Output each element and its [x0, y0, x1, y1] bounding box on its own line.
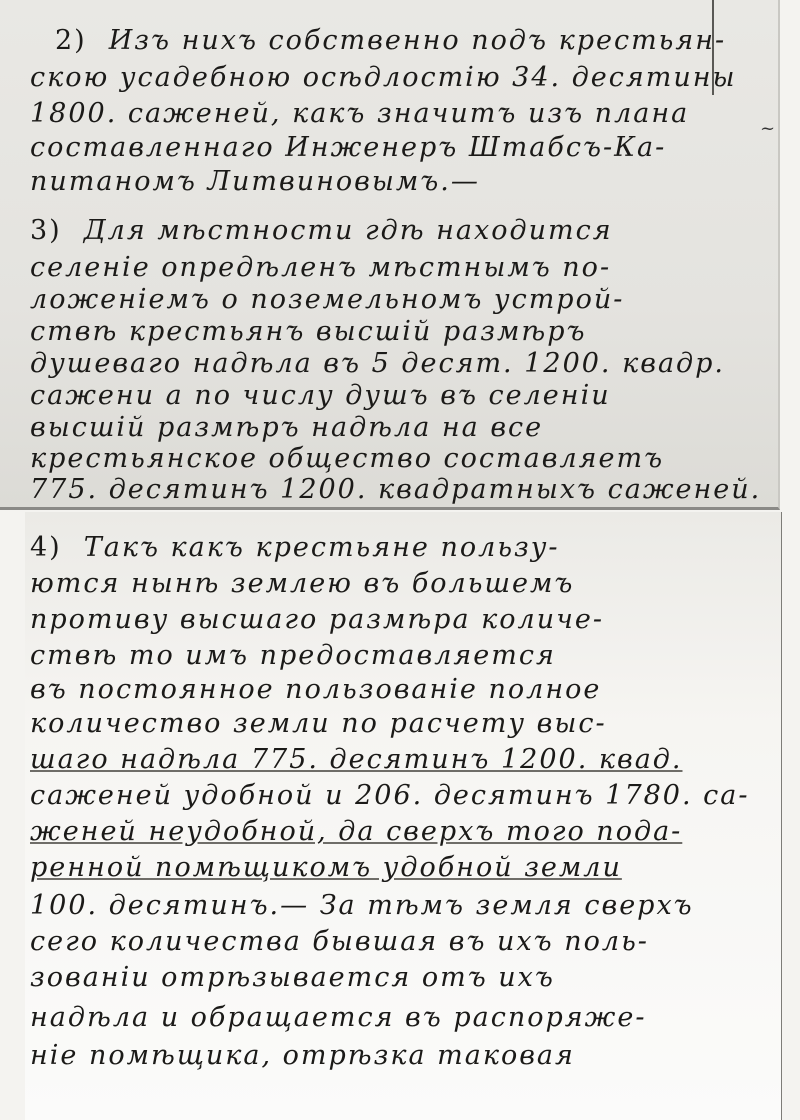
upper-paper-sheet: 2)Изъ нихъ собственно подъ крестьян- ско…	[0, 0, 780, 510]
margin-mark: ~	[760, 118, 775, 139]
section-4-line-1: 4)Такъ какъ крестьяне пользу-	[30, 532, 560, 563]
section-4-line-4: ствѣ то имъ предоставляется	[30, 640, 556, 671]
section-3-line-7: высшій размѣръ надѣла на все	[30, 412, 543, 443]
section-2-line-2: скою усадебною осѣдлостію 34. десятины	[30, 62, 737, 93]
section-2-line-3: 1800. саженей, какъ значитъ изъ плана	[30, 98, 689, 129]
section-4-line-14: надѣла и обращается въ распоряже-	[30, 1002, 646, 1033]
section-3-line-3: ложеніемъ о поземельномъ устрой-	[30, 284, 624, 315]
section-3-line-6: сажени а по числу душъ въ селеніи	[30, 380, 611, 411]
section-4-line-15: ніе помѣщика, отрѣзка таковая	[30, 1040, 575, 1071]
section-3-line-4: ствѣ крестьянъ высшій размѣръ	[30, 316, 587, 347]
section-2-line-1: 2)Изъ нихъ собственно подъ крестьян-	[55, 25, 726, 56]
section-4-line-11: 100. десятинъ.— За тѣмъ земля сверхъ	[30, 890, 694, 921]
section-4-line-12: сего количества бывшая въ ихъ поль-	[30, 926, 649, 957]
section-4-line-2: ются нынѣ землею въ большемъ	[30, 568, 574, 599]
section-2-line-5: питаномъ Литвиновымъ.—	[30, 166, 480, 197]
section-4-line-9: женей неудобной, да сверхъ того пода-	[30, 816, 682, 847]
section-2-line-4: составленнаго Инженеръ Штабсъ-Ка-	[30, 132, 666, 163]
section-3-line-8: крестьянское общество составляетъ	[30, 443, 664, 474]
lower-paper-sheet: 4)Такъ какъ крестьяне пользу- ются нынѣ …	[25, 512, 782, 1120]
section-3-line-2: селеніе опредѣленъ мѣстнымъ по-	[30, 252, 611, 283]
section-3-line-1: 3)Для мѣстности гдѣ находится	[30, 215, 613, 246]
section-4-line-3: противу высшаго размѣра количе-	[30, 604, 604, 635]
section-4-line-8: саженей удобной и 206. десятинъ 1780. са…	[30, 780, 749, 811]
section-4-line-5: въ постоянное пользованіе полное	[30, 674, 601, 705]
section-4-line-7: шаго надѣла 775. десятинъ 1200. квад.	[30, 744, 683, 775]
section-3-line-5: душеваго надѣла въ 5 десят. 1200. квадр.	[30, 348, 725, 379]
section-4-line-10: ренной помѣщикомъ удобной земли	[30, 852, 622, 883]
section-3-line-9: 775. десятинъ 1200. квадратныхъ саженей.	[30, 474, 761, 505]
section-4-line-6: количество земли по расчету выс-	[30, 708, 607, 739]
section-4-line-13: зованіи отрѣзывается отъ ихъ	[30, 962, 555, 993]
